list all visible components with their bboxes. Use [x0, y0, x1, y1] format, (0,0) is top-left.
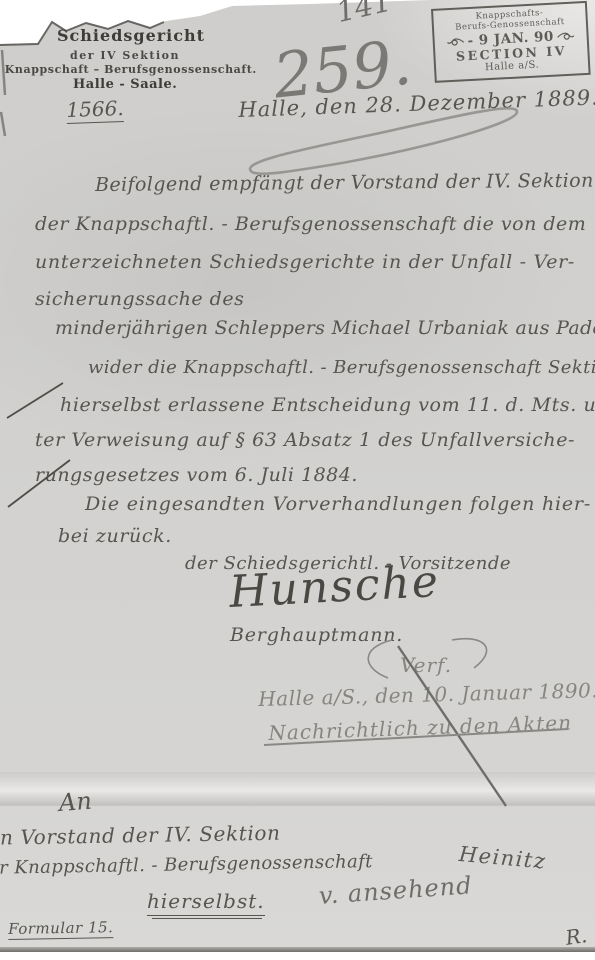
- body-line: unterzeichneten Schiedsgerichte in der U…: [35, 251, 575, 273]
- body-line: wider die Knappschaftl. - Berufsgenossen…: [88, 357, 595, 378]
- body-line: Die eingesandten Vorverhandlungen folgen…: [85, 493, 591, 515]
- letterhead-organization: der Knappschaft – Berufsgenossenschaft.: [0, 63, 257, 76]
- pencil-verf-note: Verf.: [400, 653, 452, 677]
- stamp-ornament-right-icon: [557, 30, 576, 42]
- form-number: Formular 15.: [8, 918, 114, 938]
- closing-title: Berghauptmann.: [230, 624, 403, 646]
- body-line: hierselbst erlassene Entscheidung vom 11…: [60, 394, 595, 416]
- receipt-stamp: Knappschafts- Berufs-Genossenschaft - 9 …: [431, 1, 591, 83]
- body-line: minderjährigen Schleppers Michael Urbani…: [55, 317, 595, 339]
- letterhead-title: Schiedsgericht: [57, 26, 205, 45]
- corner-mark: R.: [564, 923, 589, 950]
- body-line: bei zurück.: [58, 525, 172, 547]
- body-line: der Knappschaftl. - Berufsgenossenschaft…: [35, 213, 586, 235]
- address-salutation: An: [58, 787, 93, 817]
- body-line: rungsgesetzes vom 6. Juli 1884.: [35, 464, 358, 486]
- stamp-ornament-left-icon: [446, 36, 465, 48]
- body-line: Beifolgend empfängt der Vorstand der IV.…: [95, 170, 594, 196]
- address-line: hierselbst.: [147, 889, 265, 913]
- paper-bottom-edge: [0, 947, 595, 952]
- file-number: 1566.: [66, 96, 124, 122]
- body-line: ter Verweisung auf § 63 Absatz 1 des Unf…: [35, 429, 575, 451]
- body-line: sicherungssache des: [35, 288, 244, 310]
- letterhead-place: Halle - Saale.: [73, 77, 177, 92]
- letterhead-subtitle: der IV Sektion: [70, 49, 180, 62]
- scanned-document: Schiedsgericht der IV Sektion der Knapps…: [0, 0, 595, 960]
